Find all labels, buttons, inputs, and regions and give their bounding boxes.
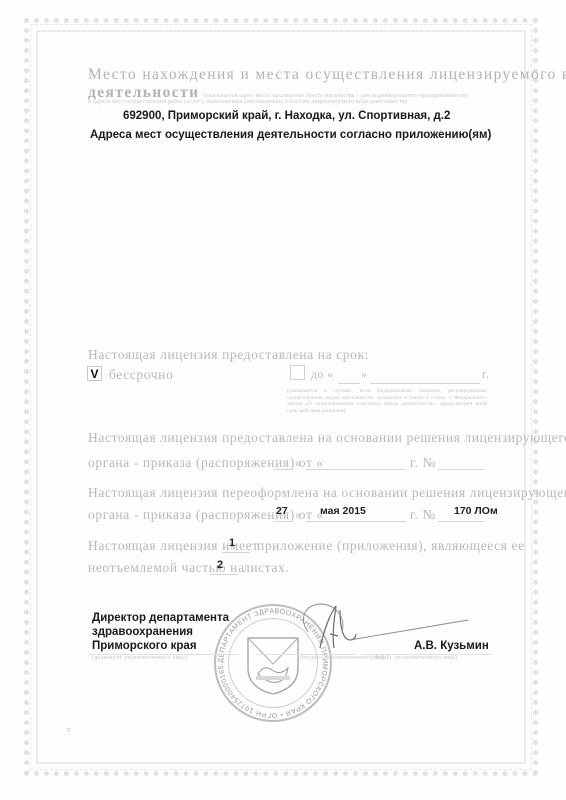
reissued-year-no: г. № — [410, 507, 436, 523]
sheet-count: 2 — [217, 559, 223, 571]
until-suffix: г. — [482, 369, 490, 381]
license-page: Место нахождения и места осуществления л… — [0, 0, 566, 800]
sheet-count-line — [210, 574, 238, 575]
appendix-count: 1 — [229, 537, 235, 549]
until-mid: » — [361, 369, 367, 381]
signer-position-line1: Директор департамента — [92, 612, 229, 624]
reissued-day-line — [273, 521, 293, 522]
until-day-line — [338, 383, 360, 384]
granted-number-line — [438, 469, 484, 470]
granted-line1: Настоящая лицензия предоставлена на осно… — [88, 430, 566, 446]
appendix-line1-suffix: приложение (приложения), являющееся ее — [257, 538, 525, 554]
term-label: Настоящая лицензия предоставлена на срок… — [88, 347, 369, 363]
reissued-date-line — [306, 521, 406, 522]
reissued-mid: » — [295, 507, 302, 523]
reissued-month-year: мая 2015 — [320, 505, 366, 517]
reissued-day: 27 — [276, 505, 288, 517]
signer-name: А.В. Кузьмин — [414, 640, 489, 652]
granted-date-line — [306, 469, 406, 470]
name-note: (Ф.И.О. уполномоченного лица) — [372, 655, 457, 661]
position-note: (должность уполномоченного лица) — [92, 655, 187, 661]
until-note: (указывается в случаях, если федеральным… — [287, 388, 487, 414]
appendix-count-line — [222, 552, 250, 553]
reissued-line1: Настоящая лицензия переоформлена на осно… — [88, 485, 566, 501]
until-date-line — [370, 383, 480, 384]
granted-mid: » — [295, 455, 302, 471]
granted-day-line — [273, 469, 293, 470]
granted-year-no: г. № — [410, 455, 436, 471]
location-heading-note-2: и адреса мест осуществления работ (услуг… — [88, 99, 407, 105]
until-prefix: до « — [311, 369, 334, 381]
reissued-number: 170 ЛОм — [454, 505, 498, 517]
appendix-line2-suffix: листах. — [243, 560, 289, 576]
signer-position-line3: Приморского края — [92, 640, 197, 652]
address-text: 692900, Приморский край, г. Находка, ул.… — [123, 110, 450, 122]
reissued-number-line — [438, 521, 484, 522]
indefinite-label: бессрочно — [109, 367, 173, 383]
scan-mark: ○ — [66, 725, 71, 734]
address-note: Адреса мест осуществления деятельности с… — [90, 129, 491, 141]
until-checkbox[interactable] — [290, 365, 305, 380]
signer-position-line2: здравоохранения — [92, 626, 193, 638]
location-heading: Место нахождения и места осуществления л… — [88, 66, 566, 84]
indefinite-checkbox[interactable]: V — [87, 366, 102, 381]
